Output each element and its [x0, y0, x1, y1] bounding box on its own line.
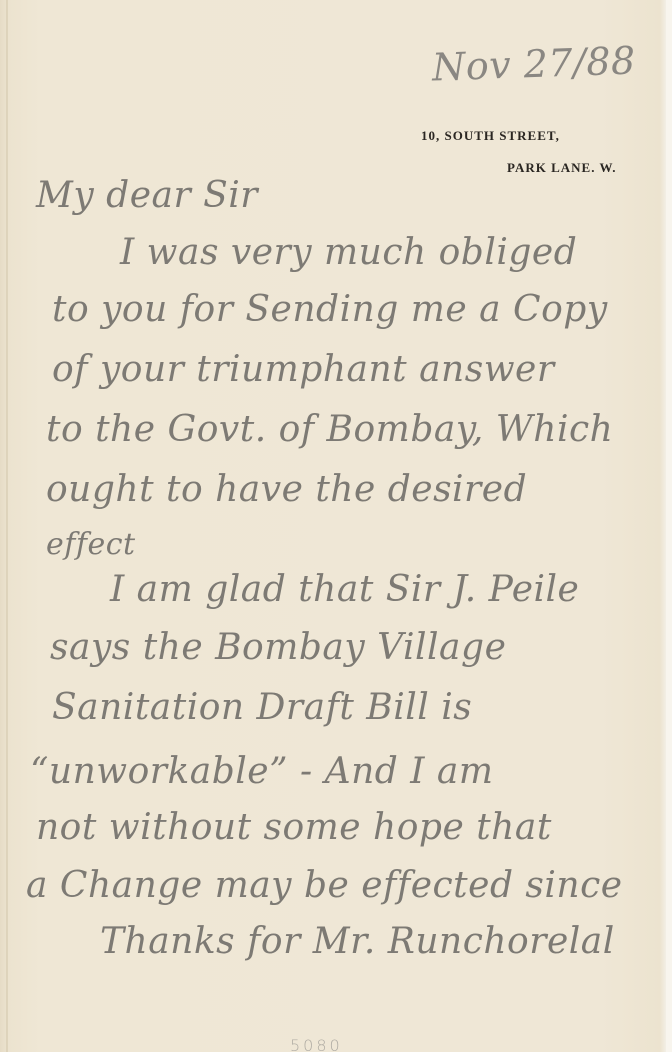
body-line: to you for Sending me a Copy	[52, 292, 608, 328]
letterhead-district: PARK LANE. W.	[507, 160, 617, 176]
body-line: says the Bombay Village	[50, 630, 506, 666]
letterhead-street: 10, SOUTH STREET,	[421, 128, 560, 144]
body-line: Thanks for Mr. Runchorelal	[100, 924, 615, 960]
body-line: ought to have the desired	[46, 472, 527, 508]
body-line: I was very much obliged	[120, 235, 577, 271]
letter-page: Nov 27/88 10, SOUTH STREET, PARK LANE. W…	[0, 0, 672, 1052]
letter-date: Nov 27/88	[431, 38, 636, 89]
body-line: Sanitation Draft Bill is	[52, 690, 472, 726]
salutation: My dear Sir	[36, 178, 258, 214]
paper-edge-right	[666, 0, 672, 1052]
archive-number: 5080	[290, 1036, 343, 1052]
body-line: I am glad that Sir J. Peile	[110, 572, 579, 608]
body-line: to the Govt. of Bombay, Which	[46, 412, 613, 448]
body-line: “unworkable” - And I am	[30, 754, 494, 790]
body-line: effect	[46, 530, 136, 560]
paper-edge-left	[6, 0, 8, 1052]
body-line: of your triumphant answer	[52, 352, 555, 388]
body-line: not without some hope that	[36, 810, 552, 846]
body-line: a Change may be effected since	[26, 868, 623, 904]
